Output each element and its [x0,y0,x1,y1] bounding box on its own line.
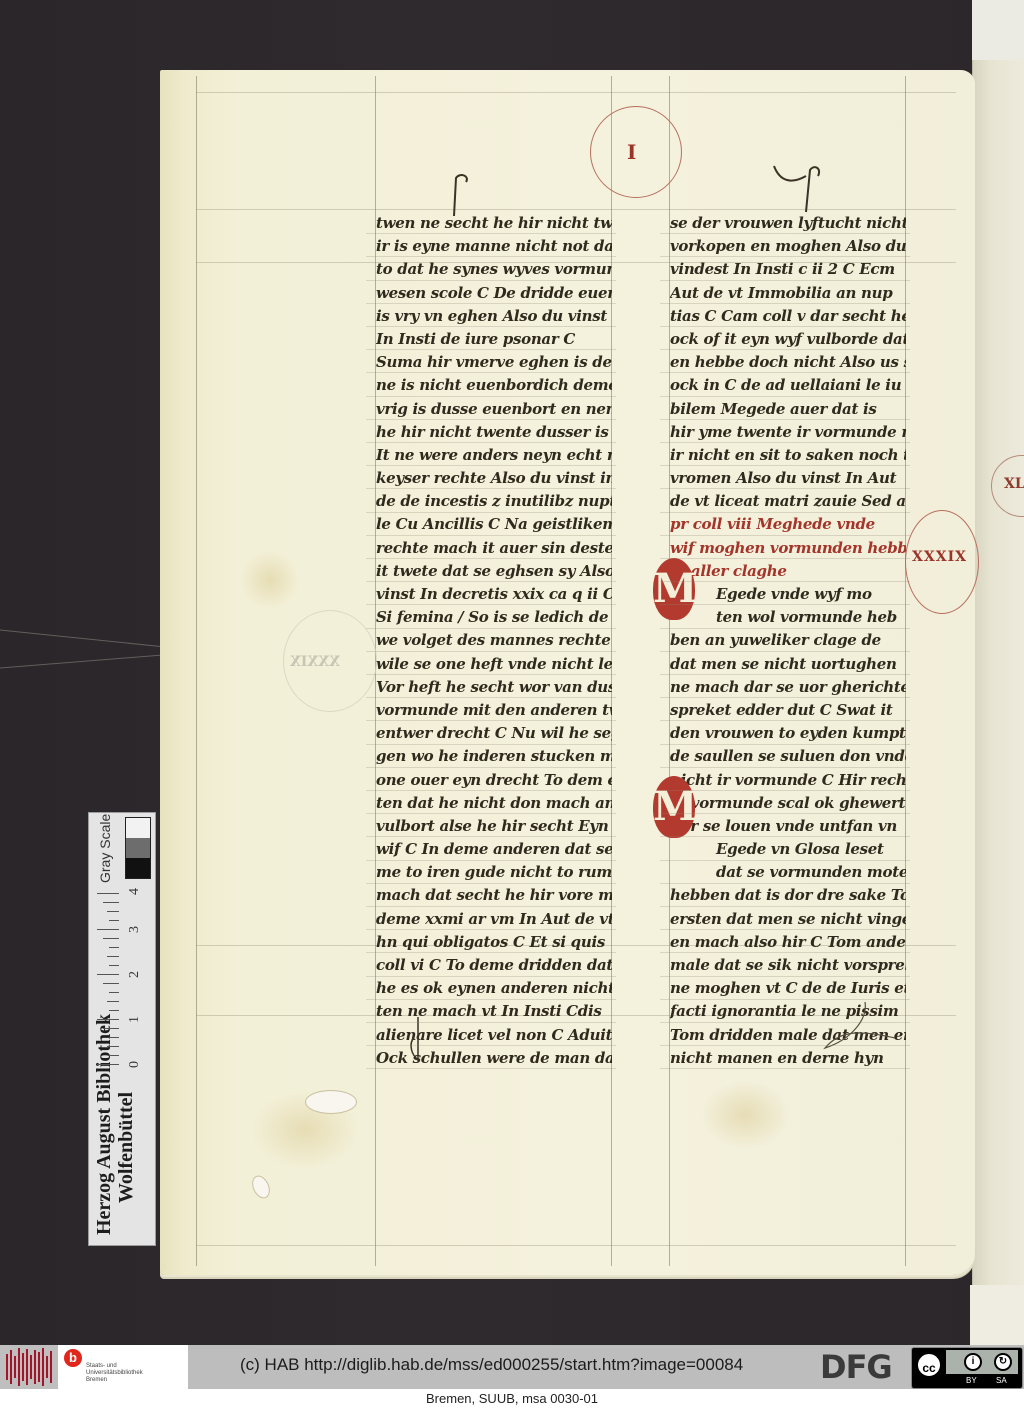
scale-city: Wolfenbüttel [115,1092,137,1203]
line-ruling [366,303,616,304]
ruler-number: 3 [127,926,143,933]
line-ruling [366,744,616,745]
manuscript-line: dat men se nicht uortughen [670,653,906,676]
line-ruling [660,604,910,605]
line-ruling [660,512,910,513]
line-ruling [660,1022,910,1023]
manuscript-line: bilem Megede auer dat is [670,398,906,421]
line-ruling [366,396,616,397]
line-ruling [366,790,616,791]
manuscript-line: ir nicht en sit to saken noch to [670,444,906,467]
next-page-edge: XLI [972,60,1024,1305]
manuscript-line: ben an yuweliker clage de [670,629,906,652]
line-ruling [366,581,616,582]
manuscript-line: male dat se sik nicht vorspreke [670,954,906,977]
line-ruling [660,349,910,350]
line-ruling [366,256,616,257]
ruler-number: 0 [127,1061,143,1068]
manuscript-line: gen wo he inderen stucken mit [376,745,612,768]
suub-logo-text: Staats- und Universitätsbibliothek Breme… [86,1363,143,1384]
manuscript-line: Egede vnde wyf mo [670,583,906,606]
line-ruling [366,883,616,884]
manuscript-line: ersten dat men se nicht vinge [670,908,906,931]
line-ruling [660,1068,910,1069]
manuscript-line: in aller claghe [670,560,906,583]
text-column-right: se der vrouwen lyftucht nichtvorkopen en… [670,212,906,1070]
line-ruling [660,813,910,814]
line-ruling [660,976,910,977]
ruling-line [196,1245,956,1246]
line-ruling [366,651,616,652]
footer-bar: b Staats- und Universitätsbibliothek Bre… [0,1345,1024,1389]
line-ruling [366,952,616,953]
by-attribution-icon: i [964,1353,982,1371]
manuscript-line: ir is eyne manne nicht not dat [376,235,612,258]
manuscript-line: hebben dat is dor dre sake Tom [670,884,906,907]
line-ruling [660,465,910,466]
text-column-left: twen ne secht he hir nicht tweneir is ey… [376,212,612,1070]
manuscript-line: mach dat secht he hir vore m [376,884,612,907]
line-ruling [366,999,616,1000]
manuscript-line: wesen scole C De dridde euenbort [376,282,612,305]
manuscript-line: wif C In deme anderen dat se e [376,838,612,861]
manuscript-line: Vor heft he secht wor van dusse [376,676,612,699]
line-ruling [660,558,910,559]
line-ruling [366,813,616,814]
manuscript-line: vorkopen en moghen Also du [670,235,906,258]
line-ruling [660,280,910,281]
manuscript-line: coll vi C To deme dridden dat [376,954,612,977]
manuscript-line: Si femina / So is se ledich de vrou [376,606,612,629]
manuscript-line: one ouer eyn drecht To dem ers [376,769,612,792]
manuscript-line: vrig is dusse euenbort en nenn [376,398,612,421]
line-ruling [366,720,616,721]
manuscript-line: wif moghen vormunden hebbe [670,537,906,560]
copyright-link[interactable]: (c) HAB http://diglib.hab.de/mss/ed00025… [240,1355,743,1375]
line-ruling [660,1045,910,1046]
manuscript-line: pr coll viii Meghede vnde [670,513,906,536]
manuscript-line: rechte mach it auer sin deste se [376,537,612,560]
manuscript-line: spreket edder dut C Swat it [670,699,906,722]
manuscript-line: se der vrouwen lyftucht nicht [670,212,906,235]
ruler-number: 1 [127,1016,143,1023]
line-ruling [660,697,910,698]
manuscript-line: In Insti de iure psonar C [376,328,612,351]
manuscript-line: is vry vn eghen Also du vinst [376,305,612,328]
manuscript-line: Egede vn Glosa leset [670,838,906,861]
illuminated-initial: M [653,776,695,838]
next-page-marker-label: XLI [1004,476,1024,492]
line-ruling [366,604,616,605]
cc-by-sa-license-badge[interactable]: cc i ↻ BY SA [911,1347,1023,1389]
line-ruling [366,1022,616,1023]
manuscript-line: vromen Also du vinst In Aut [670,467,906,490]
show-through-label: XXXIX [290,654,340,670]
suub-logo[interactable]: b Staats- und Universitätsbibliothek Bre… [58,1345,188,1389]
line-ruling [366,976,616,977]
suub-b-icon: b [64,1349,82,1367]
manuscript-line: te vormunde scal ok ghewert [670,792,906,815]
line-ruling [660,720,910,721]
manuscript-line: ten dat he nicht don mach ane [376,792,612,815]
suub-barcode-logo-icon [0,1345,58,1389]
illuminated-initial: M [653,558,695,620]
manuscript-line: ock in C de ad uellaiani le iu [670,374,906,397]
gray-scale-label: Gray Scale [97,814,113,883]
manuscript-line: he es ok eynen anderen nicht la [376,977,612,1000]
line-ruling [660,790,910,791]
parchment-stain [240,550,300,610]
line-ruling [366,349,616,350]
next-page-bottom [970,1285,1024,1345]
line-ruling [660,836,910,837]
ruling-line [196,92,956,93]
folio-number: I [627,140,637,164]
manuscript-line: nor se louen vnde untfan vn [670,815,906,838]
line-ruling [366,280,616,281]
line-ruling [366,488,616,489]
line-ruling [366,558,616,559]
manuscript-line: he hir nicht twente dusser is not [376,421,612,444]
manuscript-line: entwer drecht C Nu wil he seg [376,722,612,745]
line-ruling [660,628,910,629]
manuscript-line: vinst In decretis xxix ca q ii C [376,583,612,606]
line-ruling [660,883,910,884]
manuscript-line: twen ne secht he hir nicht twene [376,212,612,235]
line-ruling [366,442,616,443]
line-ruling [660,744,910,745]
manuscript-line: de de incestis z inutilibz nuptiis [376,490,612,513]
line-ruling [660,999,910,1000]
ruling-line [196,76,197,1266]
line-ruling [660,303,910,304]
ruler-number: 4 [127,888,143,895]
manuscript-viewport: XLI I XXXIX XXXIX twen ne secht he hir n… [0,0,1024,1345]
ascender-flourish-icon [770,160,830,215]
manuscript-line: vindest In Insti c ii 2 C Ecm [670,258,906,281]
manuscript-line: to dat he synes wyves vormunde [376,258,612,281]
parchment-stain [700,1080,790,1150]
manuscript-line: ock of it eyn wyf vulborde dat [670,328,906,351]
line-ruling [366,767,616,768]
cc-by-label: BY [966,1376,977,1385]
line-ruling [660,419,910,420]
next-page-folio-marker: XLI [991,455,1024,517]
line-ruling [366,1068,616,1069]
chapter-marker: XXXIX [912,549,967,565]
manuscript-line: ne mach dar se uor gherichte [670,676,906,699]
manuscript-line: de saullen se suluen don vnde [670,745,906,768]
manuscript-line: de vt liceat matri zauie Sed aut [670,490,906,513]
ruling-line [196,209,956,210]
manuscript-line: it twete dat se eghsen sy Also du [376,560,612,583]
line-ruling [366,674,616,675]
manuscript-line: wile se one heft vnde nicht lenck [376,653,612,676]
line-ruling [366,233,616,234]
manuscript-line: me to iren gude nicht to rume [376,861,612,884]
line-ruling [660,535,910,536]
line-ruling [660,326,910,327]
manuscript-line: ne moghen vt C de de Iuris et [670,977,906,1000]
line-ruling [660,396,910,397]
line-ruling [660,860,910,861]
dfg-logo[interactable]: DFG [820,1349,892,1385]
cc-sa-label: SA [996,1376,1007,1385]
manuscript-line: en mach also hir C Tom anderen [670,931,906,954]
manuscript-line: ne is nicht euenbordich deme de [376,374,612,397]
line-ruling [660,906,910,907]
scale-ruler [95,875,119,1065]
manuscript-line: Aut de vt Immobilia an nup [670,282,906,305]
line-ruling [660,929,910,930]
manuscript-line: deme xxmi ar vm In Aut de vt [376,908,612,931]
line-ruling [660,488,910,489]
manuscript-line: hir yme twente ir vormunde mit [670,421,906,444]
line-ruling [366,697,616,698]
line-ruling [660,372,910,373]
parchment-hole [305,1090,357,1114]
line-ruling [366,419,616,420]
ruler-number: 2 [127,971,143,978]
line-ruling [366,465,616,466]
line-ruling [366,326,616,327]
manuscript-line: vulbort alse he hir secht Eyn [376,815,612,838]
manuscript-line: den vrouwen to eyden kumpt [670,722,906,745]
share-alike-icon: ↻ [994,1353,1012,1371]
line-ruling [366,372,616,373]
line-ruling [366,1045,616,1046]
line-ruling [660,674,910,675]
descender-flourish-icon [820,1000,900,1060]
line-ruling [660,651,910,652]
cc-icon: cc [915,1351,943,1379]
gray-scale-swatches [125,817,151,879]
manuscript-line: Suma hir vmerve eghen is de [376,351,612,374]
manuscript-line: ten wol vormunde heb [670,606,906,629]
line-ruling [660,767,910,768]
line-ruling [660,442,910,443]
line-ruling [366,628,616,629]
manuscript-line: It ne were anders neyn echt na [376,444,612,467]
manuscript-line: en hebbe doch nicht Also us steit [670,351,906,374]
image-caption: Bremen, SUUB, msa 0030-01 [0,1389,1024,1409]
line-ruling [366,836,616,837]
line-ruling [366,906,616,907]
manuscript-line: nicht ir vormunde C Hir rech [670,769,906,792]
line-ruling [660,233,910,234]
manuscript-line: tias C Cam coll v dar secht he [670,305,906,328]
manuscript-line: le Cu Ancillis C Na geistlikem [376,513,612,536]
line-ruling [366,860,616,861]
line-ruling [660,581,910,582]
line-ruling [366,929,616,930]
manuscript-line: dat se vormunden moten [670,861,906,884]
manuscript-line: vormunde mit den anderen twen [376,699,612,722]
line-ruling [366,535,616,536]
line-ruling [366,512,616,513]
line-ruling [660,256,910,257]
manuscript-line: hn qui obligatos C Et si quis [376,931,612,954]
manuscript-line: we volget des mannes rechte de [376,629,612,652]
line-ruling [660,952,910,953]
color-scale-card: Herzog August Bibliothek Wolfenbüttel [88,812,156,1246]
ascender-flourish-icon [440,168,490,218]
manuscript-line: keyser rechte Also du vinst in C [376,467,612,490]
